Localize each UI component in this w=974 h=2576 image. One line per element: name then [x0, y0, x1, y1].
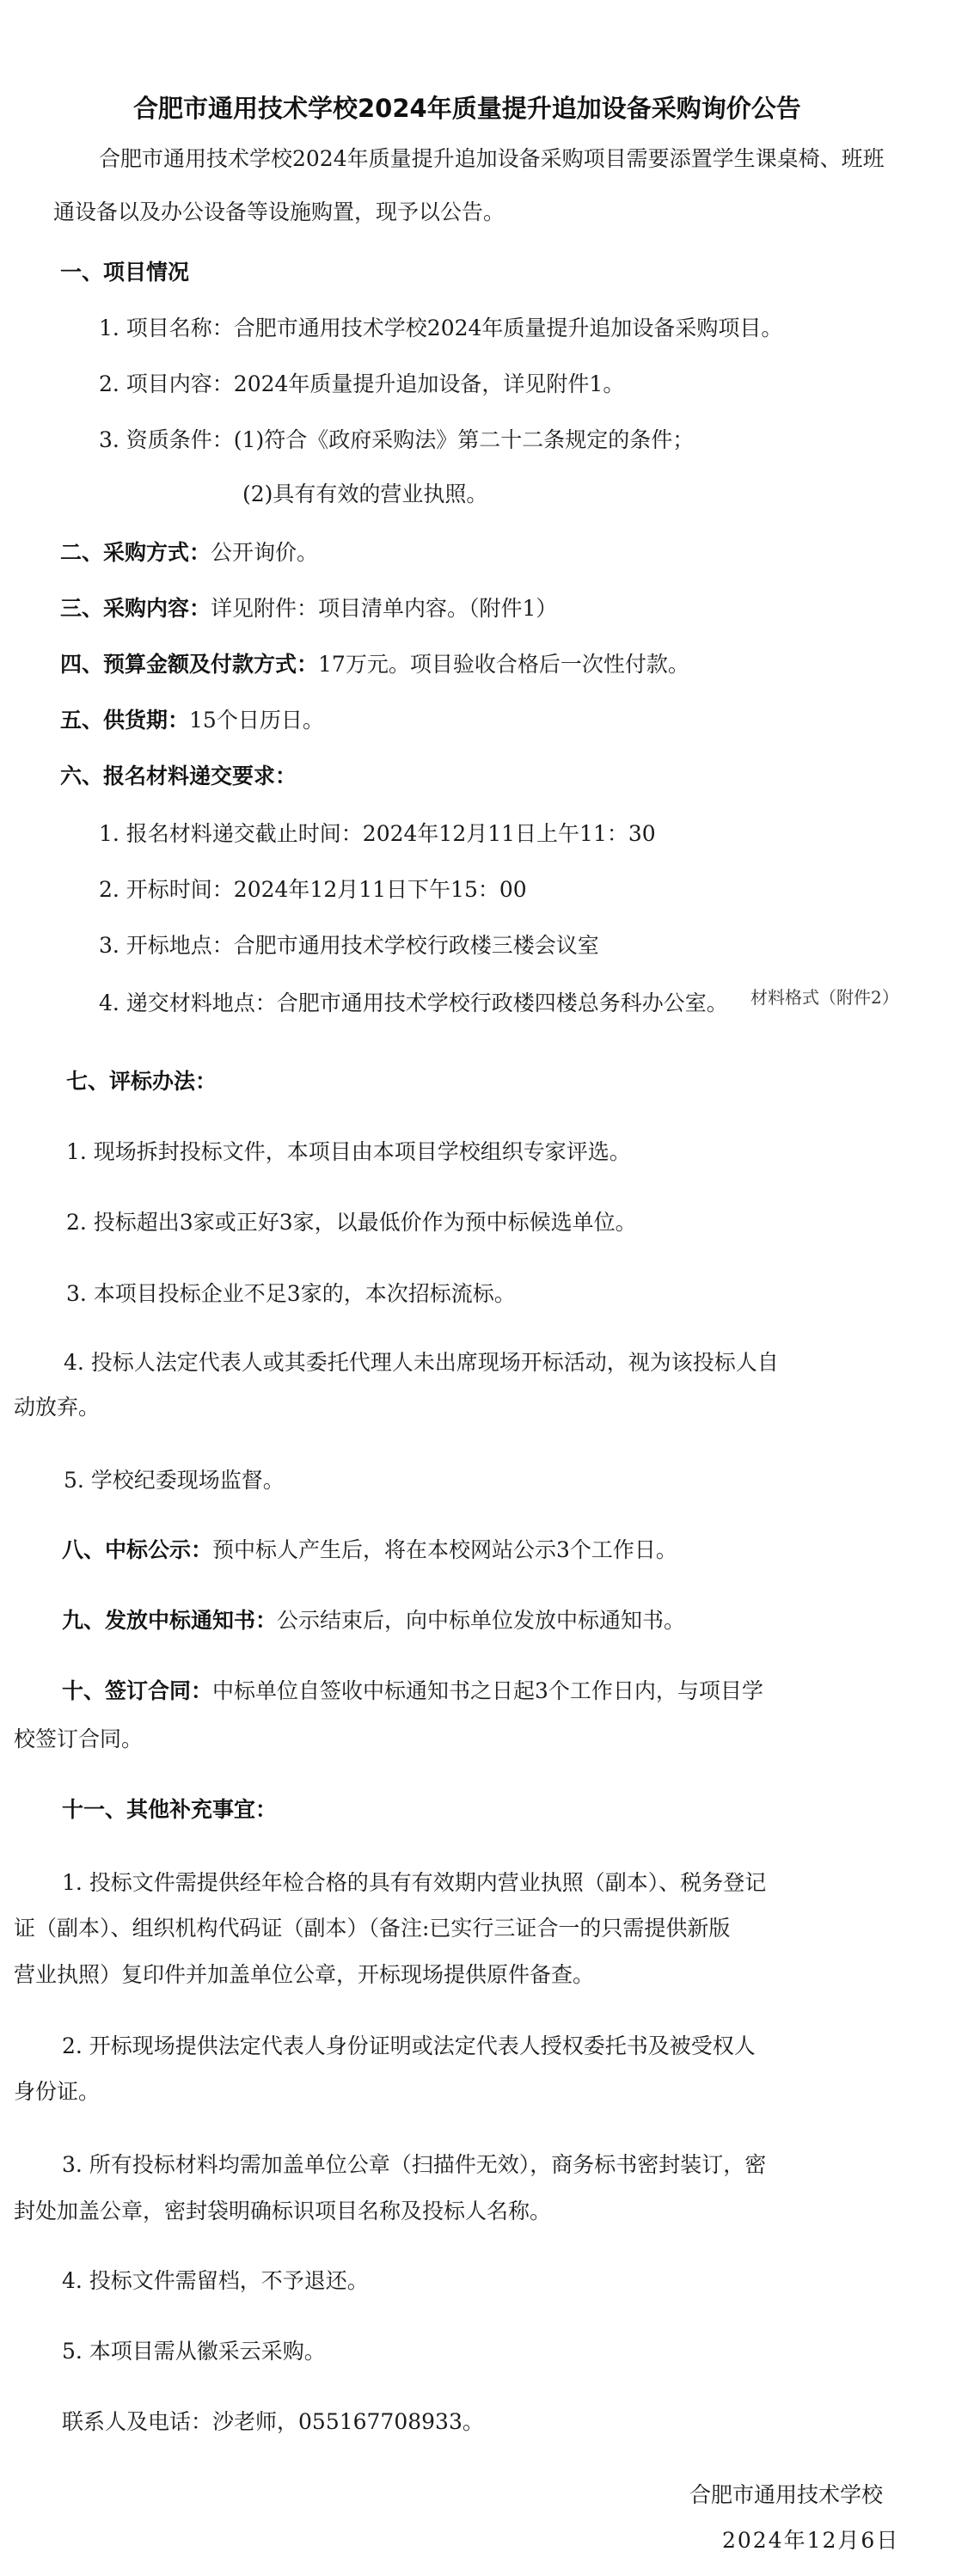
section-8: 八、中标公示：预中标人产生后，将在本校网站公示3个工作日。: [62, 1537, 677, 1563]
s1-item-2: 2. 项目内容：2024年质量提升追加设备，详见附件1。: [99, 371, 624, 397]
s1-item-3: 3. 资质条件：(1)符合《政府采购法》第二十二条规定的条件；: [99, 427, 694, 453]
section-5-heading: 五、供货期：: [60, 708, 189, 733]
section-9-heading: 九、发放中标通知书：: [62, 1608, 277, 1633]
s1-item-1: 1. 项目名称：合肥市通用技术学校2024年质量提升追加设备采购项目。: [99, 316, 782, 341]
s6-attachment-note: 材料格式（附件2）: [750, 984, 899, 1010]
section-9: 九、发放中标通知书：公示结束后，向中标单位发放中标通知书。: [62, 1608, 685, 1634]
section-4-heading: 四、预算金额及付款方式：: [60, 652, 318, 677]
s7-item-5: 5. 学校纪委现场监督。: [64, 1468, 285, 1493]
section-9-body: 公示结束后，向中标单位发放中标通知书。: [277, 1608, 685, 1633]
s11-item-5: 5. 本项目需从徽采云采购。: [62, 2339, 326, 2364]
section-10-body-cont: 校签订合同。: [14, 1727, 143, 1752]
section-2-heading: 二、采购方式：: [60, 540, 211, 565]
s11-item-1-line-1: 1. 投标文件需提供经年检合格的具有有效期内营业执照（副本）、税务登记: [62, 1870, 766, 1896]
intro-line-2: 通设备以及办公设备等设施购置，现予以公告。: [53, 199, 505, 225]
section-8-body: 预中标人产生后，将在本校网站公示3个工作日。: [212, 1537, 677, 1562]
s6-item-1: 1. 报名材料递交截止时间：2024年12月11日上午11：30: [99, 821, 656, 847]
intro-line-1: 合肥市通用技术学校2024年质量提升追加设备采购项目需要添置学生课桌椅、班班: [99, 146, 885, 172]
section-5-body: 15个日历日。: [189, 708, 324, 733]
s11-item-1-line-2: 证（副本）、组织机构代码证（副本）（备注:已实行三证合一的只需提供新版: [14, 1916, 730, 1941]
s7-item-2: 2. 投标超出3家或正好3家，以最低价作为预中标候选单位。: [66, 1210, 637, 1236]
section-2-body: 公开询价。: [211, 540, 318, 565]
s11-item-3-line-2: 封处加盖公章，密封袋明确标识项目名称及投标人名称。: [14, 2199, 551, 2224]
s6-item-3: 3. 开标地点：合肥市通用技术学校行政楼三楼会议室: [99, 933, 599, 959]
section-5: 五、供货期：15个日历日。: [60, 708, 324, 733]
s11-item-2-line-2: 身份证。: [14, 2079, 100, 2105]
signature-date: 2024年12月6日: [722, 2528, 899, 2554]
section-4-body: 17万元。项目验收合格后一次性付款。: [318, 652, 689, 677]
s7-item-3: 3. 本项目投标企业不足3家的，本次招标流标。: [66, 1281, 516, 1307]
section-2: 二、采购方式：公开询价。: [60, 540, 318, 566]
s7-item-1: 1. 现场拆封投标文件，本项目由本项目学校组织专家评选。: [66, 1139, 631, 1165]
section-8-heading: 八、中标公示：: [62, 1537, 212, 1562]
section-11-heading: 十一、其他补充事宜：: [62, 1797, 277, 1823]
section-10-body: 中标单位自签收中标通知书之日起3个工作日内，与项目学: [212, 1678, 763, 1703]
signature-org: 合肥市通用技术学校: [689, 2482, 883, 2508]
s11-item-3-line-1: 3. 所有投标材料均需加盖单位公章（扫描件无效），商务标书密封装订，密: [62, 2152, 766, 2178]
announcement-page: 合肥市通用技术学校2024年质量提升追加设备采购询价公告 合肥市通用技术学校20…: [0, 0, 974, 2576]
s6-item-4: 4. 递交材料地点：合肥市通用技术学校行政楼四楼总务科办公室。: [99, 991, 728, 1016]
contact-info: 联系人及电话：沙老师，055167708933。: [62, 2409, 484, 2435]
page-title: 合肥市通用技术学校2024年质量提升追加设备采购询价公告: [133, 93, 801, 124]
s7-item-4: 4. 投标人法定代表人或其委托代理人未出席现场开标活动，视为该投标人自: [64, 1350, 779, 1376]
s1-item-3-cont: (2)具有有效的营业执照。: [242, 481, 487, 507]
s11-item-2-line-1: 2. 开标现场提供法定代表人身份证明或法定代表人授权委托书及被受权人: [62, 2033, 756, 2059]
s7-item-4-cont: 动放弃。: [14, 1395, 100, 1420]
s11-item-1-line-3: 营业执照）复印件并加盖单位公章，开标现场提供原件备查。: [14, 1962, 594, 1988]
section-1-heading: 一、项目情况: [60, 260, 189, 285]
section-7-heading: 七、评标办法：: [66, 1069, 217, 1095]
s11-item-4: 4. 投标文件需留档，不予退还。: [62, 2268, 369, 2294]
s6-item-2: 2. 开标时间：2024年12月11日下午15：00: [99, 877, 527, 903]
section-3-body: 详见附件：项目清单内容。（附件1）: [211, 596, 557, 621]
section-10-heading: 十、签订合同：: [62, 1678, 212, 1703]
section-3-heading: 三、采购内容：: [60, 596, 211, 621]
section-10: 十、签订合同：中标单位自签收中标通知书之日起3个工作日内，与项目学: [62, 1678, 763, 1704]
section-3: 三、采购内容：详见附件：项目清单内容。（附件1）: [60, 596, 557, 622]
section-6-heading: 六、报名材料递交要求：: [60, 764, 297, 789]
section-4: 四、预算金额及付款方式：17万元。项目验收合格后一次性付款。: [60, 652, 689, 678]
